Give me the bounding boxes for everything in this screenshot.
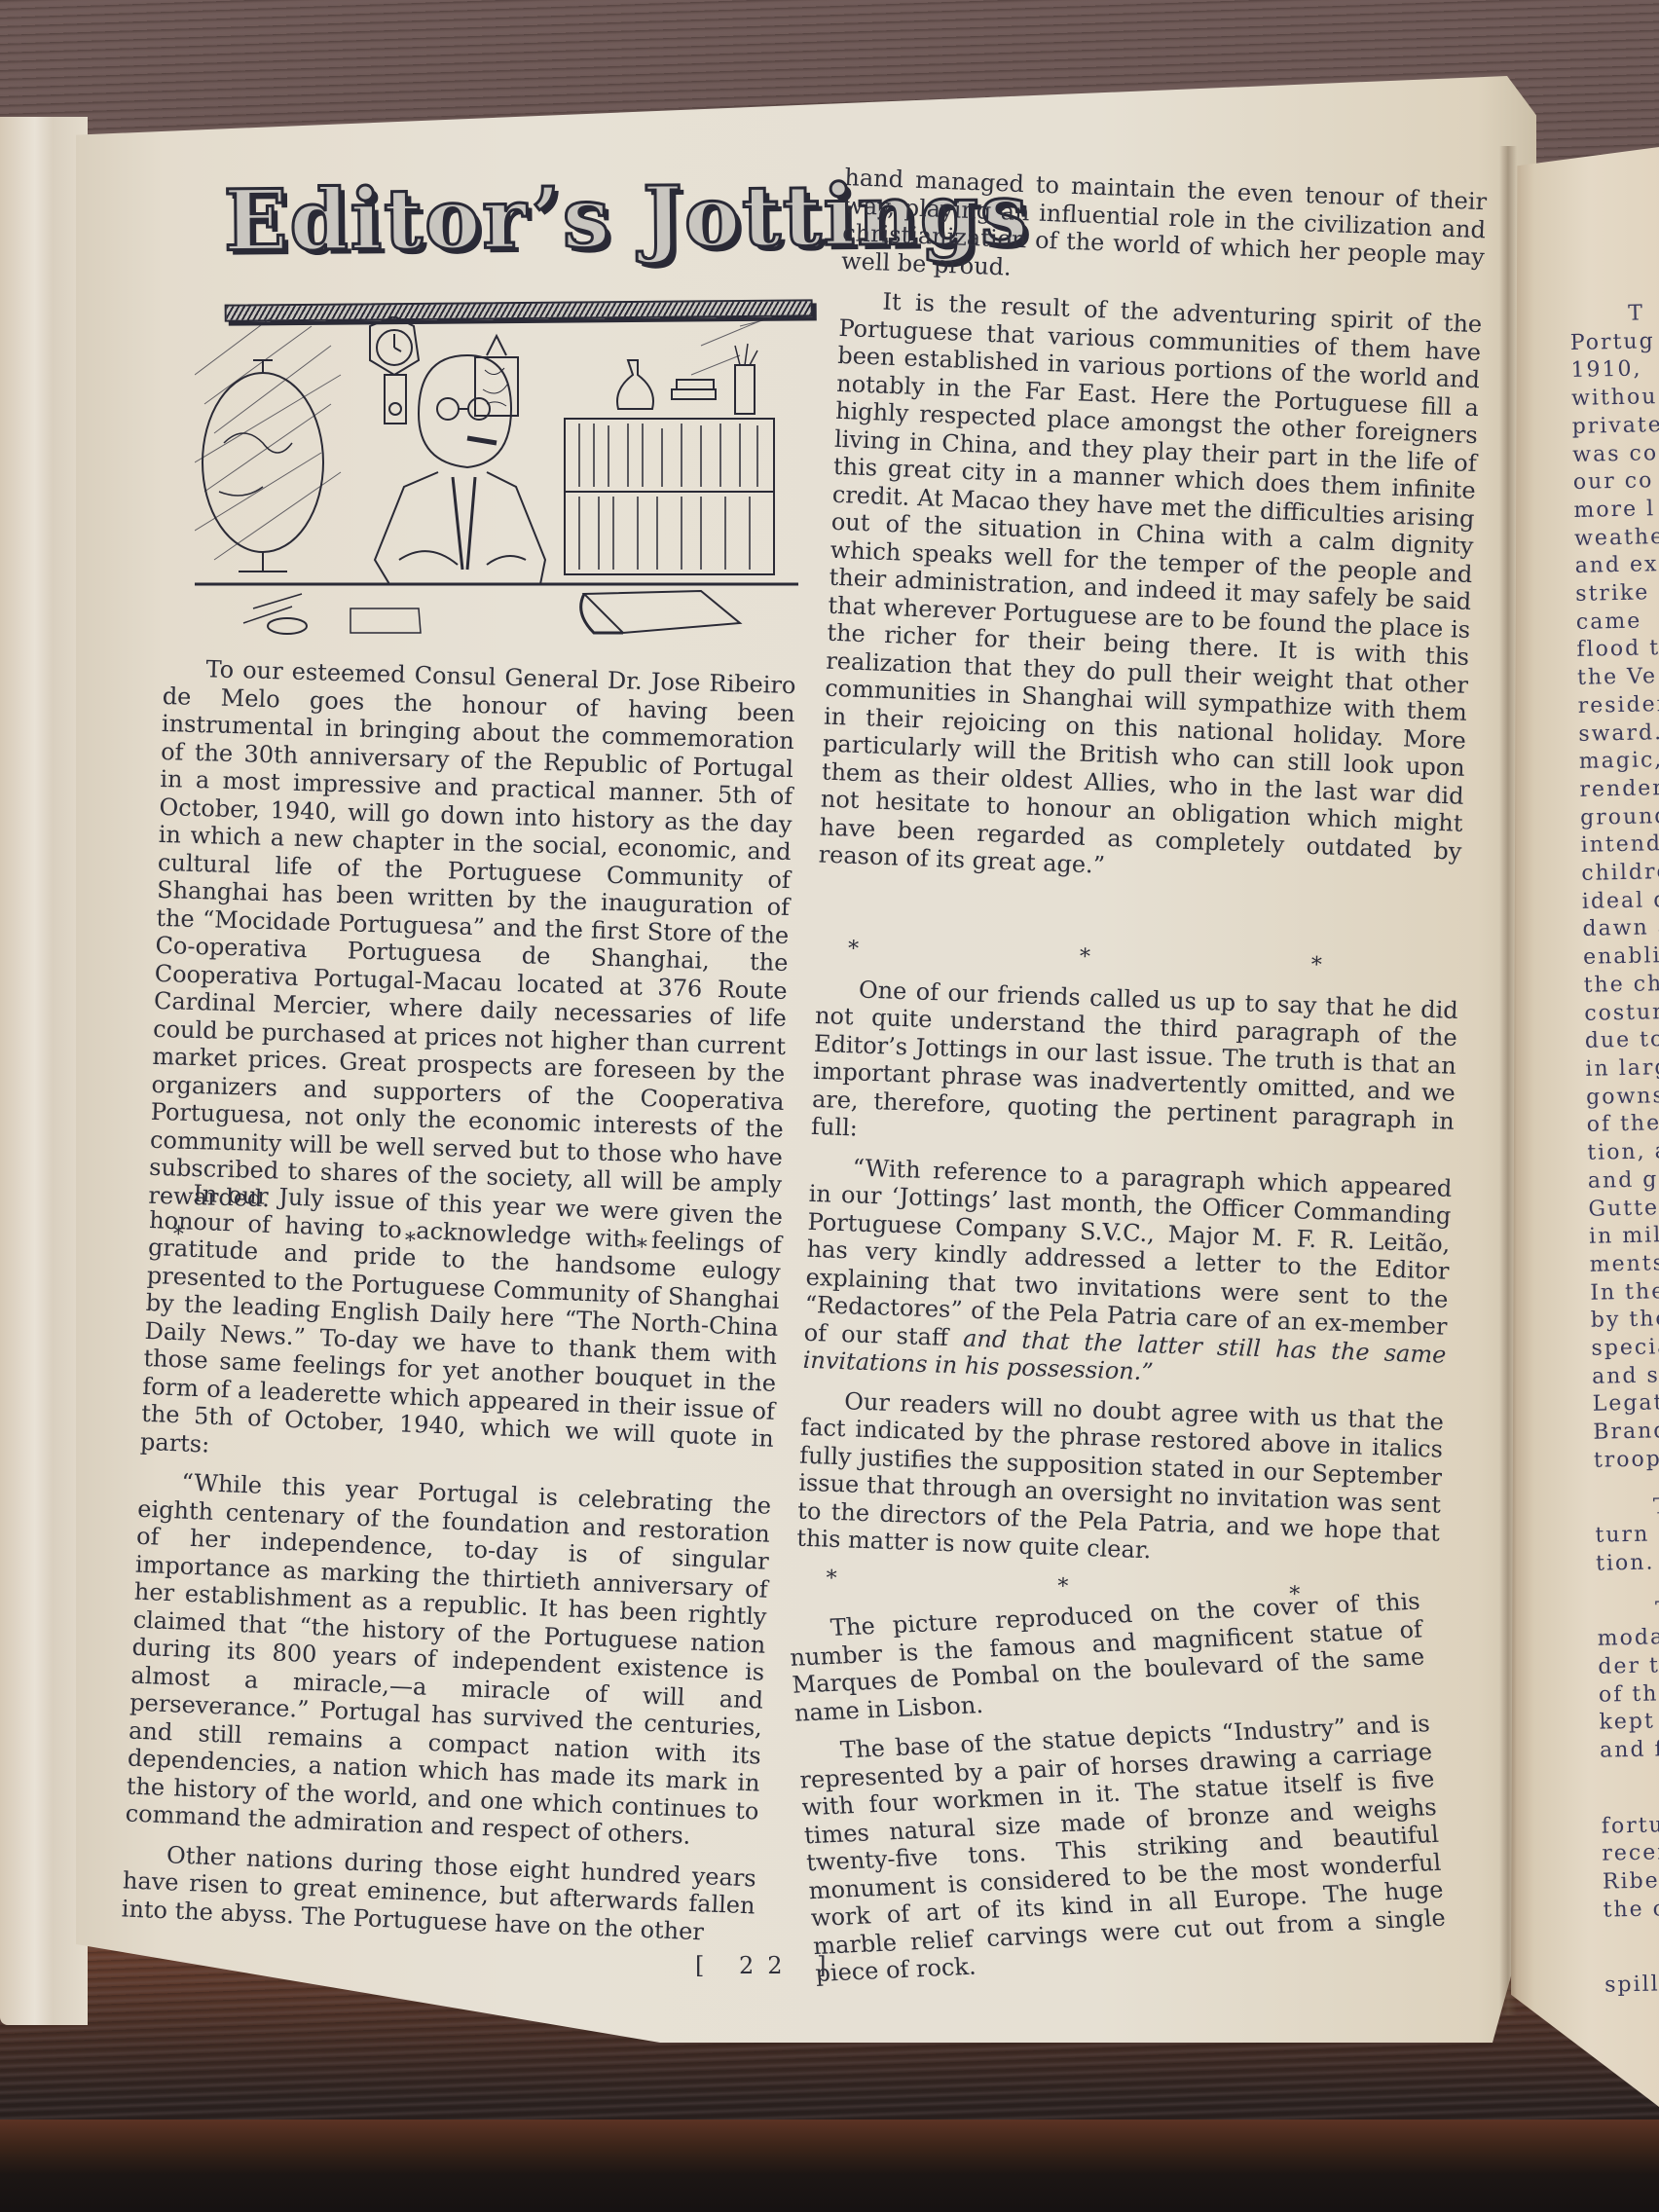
stacked-books-icon	[672, 389, 716, 399]
right-column-bottom: The picture reproduced on the cover of t…	[787, 1588, 1450, 2000]
facing-page-line: tion.	[1596, 1546, 1659, 1579]
paragraph-quoted-correction: “With reference to a paragraph which app…	[802, 1152, 1453, 1396]
paragraph-north-china-daily-news: In our July issue of this year we were g…	[140, 1178, 784, 1481]
pencil-holder-icon	[735, 365, 755, 414]
facing-page-line: Gutterre	[1588, 1191, 1659, 1224]
facing-page-line: residen	[1577, 688, 1659, 721]
paragraph-other-nations: Other nations during those eight hundred…	[121, 1839, 756, 1948]
facing-page-line: in larg	[1585, 1051, 1659, 1085]
facing-page-line: private	[1571, 409, 1659, 442]
quote-roman-text: “With reference to a paragraph which app…	[803, 1154, 1453, 1351]
book-on-desk-icon	[581, 591, 740, 633]
left-column-bottom: In our July issue of this year we were g…	[121, 1178, 784, 1959]
facing-page-line: of the	[1586, 1107, 1659, 1140]
facing-page-line: specially	[1591, 1331, 1659, 1364]
facing-page-line: of the afte	[1599, 1677, 1659, 1710]
facing-page-line: gowns a	[1586, 1079, 1659, 1112]
facing-page-line: by their	[1591, 1303, 1659, 1336]
facing-page-line: was co	[1572, 436, 1659, 469]
facing-page-line: turn of th	[1595, 1518, 1659, 1551]
right-column-top: hand managed to maintain the even tenour…	[818, 164, 1488, 904]
paragraph-statue-base: The base of the statue depicts “Industry…	[796, 1710, 1449, 1987]
paragraph-consul-general: To our esteemed Consul General Dr. Jose …	[148, 654, 796, 1227]
bookshelf-icon	[565, 419, 774, 574]
facing-page-line: tion, ap	[1587, 1135, 1659, 1168]
facing-page-line: In their	[1590, 1274, 1659, 1308]
vase-icon	[617, 360, 653, 409]
right-column-middle: * * * One of our friends called us up to…	[794, 935, 1460, 1626]
facing-page-column: TPortug1910,withouprivatewas coour comor…	[1569, 297, 1659, 2000]
facing-page-line: our co	[1573, 464, 1659, 498]
facing-page-line: The c	[1597, 1593, 1659, 1626]
facing-page-line: intende	[1580, 828, 1659, 861]
editor-figure	[375, 355, 545, 584]
facing-page-line: withou	[1571, 381, 1659, 414]
facing-page-line: received th	[1602, 1836, 1659, 1869]
wall-clock-icon	[370, 316, 419, 424]
facing-page-line: modated a	[1597, 1621, 1659, 1654]
facing-page-line: Legation,	[1592, 1386, 1659, 1419]
facing-page-line: Branquin	[1593, 1415, 1659, 1448]
paragraph-friend-called: One of our friends called us up to say t…	[811, 974, 1459, 1162]
hatching	[195, 316, 779, 560]
facing-page-line: Ribeiro de	[1603, 1864, 1659, 1898]
masthead-title: Editor’s Jottings	[223, 167, 818, 270]
facing-page-line: costume	[1584, 995, 1659, 1028]
facing-page-line: ground	[1580, 800, 1659, 833]
facing-page-line: strike	[1575, 576, 1659, 609]
facing-page-line: due to	[1585, 1023, 1659, 1056]
masthead: Editor’s Jottings	[223, 167, 818, 299]
paragraph-adventuring-spirit: It is the result of the adventuring spir…	[818, 286, 1482, 893]
facing-page-line: flood th	[1576, 632, 1659, 665]
facing-page-line: the Ve	[1577, 660, 1659, 693]
page-number: [ 22 ]	[695, 1952, 840, 1979]
facing-page-line: T	[1569, 297, 1659, 330]
facing-page-line: children	[1581, 856, 1659, 889]
facing-page-line: magic,	[1579, 744, 1659, 777]
facing-page-line: The va	[1601, 1780, 1659, 1813]
paragraph-readers-agree: Our readers will no doubt agree with us …	[796, 1385, 1445, 1574]
facing-page-line: and ex	[1574, 548, 1659, 581]
facing-page-line: dawn a	[1582, 911, 1659, 944]
facing-page-line: Portug	[1570, 325, 1659, 358]
facing-page-line: sward.	[1578, 716, 1659, 749]
facing-page-line: the chi	[1583, 968, 1659, 1001]
facing-page-line: renderi	[1579, 772, 1659, 805]
facing-page-line: The s	[1595, 1490, 1659, 1523]
facing-page-line: fortunate w	[1602, 1808, 1659, 1841]
editor-at-desk-illustration	[195, 316, 798, 638]
facing-page-line: ideal da	[1582, 884, 1659, 917]
facing-page-line: troop.	[1594, 1443, 1659, 1476]
paragraph-even-tenour: hand managed to maintain the even tenour…	[841, 164, 1488, 299]
facing-page-line: kept lawn s	[1599, 1705, 1659, 1738]
facing-page-line: There w	[1604, 1939, 1659, 1972]
facing-page-line: weathe	[1574, 521, 1659, 554]
facing-page-line: in milita	[1589, 1219, 1659, 1252]
facing-page-line: the competi	[1603, 1892, 1659, 1925]
facing-page-line: enablin	[1583, 940, 1659, 973]
facing-page-line: and smar	[1592, 1358, 1659, 1391]
facing-page-line: and flower	[1600, 1733, 1659, 1766]
facing-page-line: der the sha	[1598, 1649, 1659, 1682]
paragraph-quote-eighth-centenary: “While this year Portugal is celebrating…	[125, 1467, 771, 1853]
facing-page-line: and girl	[1588, 1163, 1659, 1197]
facing-page-line: spills among	[1604, 1968, 1659, 2001]
paragraph-cover-picture: The picture reproduced on the cover of t…	[787, 1588, 1427, 1727]
facing-page-line: 1910,	[1570, 352, 1659, 386]
facing-page-line: more l	[1573, 493, 1659, 526]
facing-page-line: ments w	[1589, 1247, 1659, 1280]
facing-page-line: came	[1576, 605, 1659, 638]
page-content: Editor’s Jottings	[0, 0, 1659, 2212]
